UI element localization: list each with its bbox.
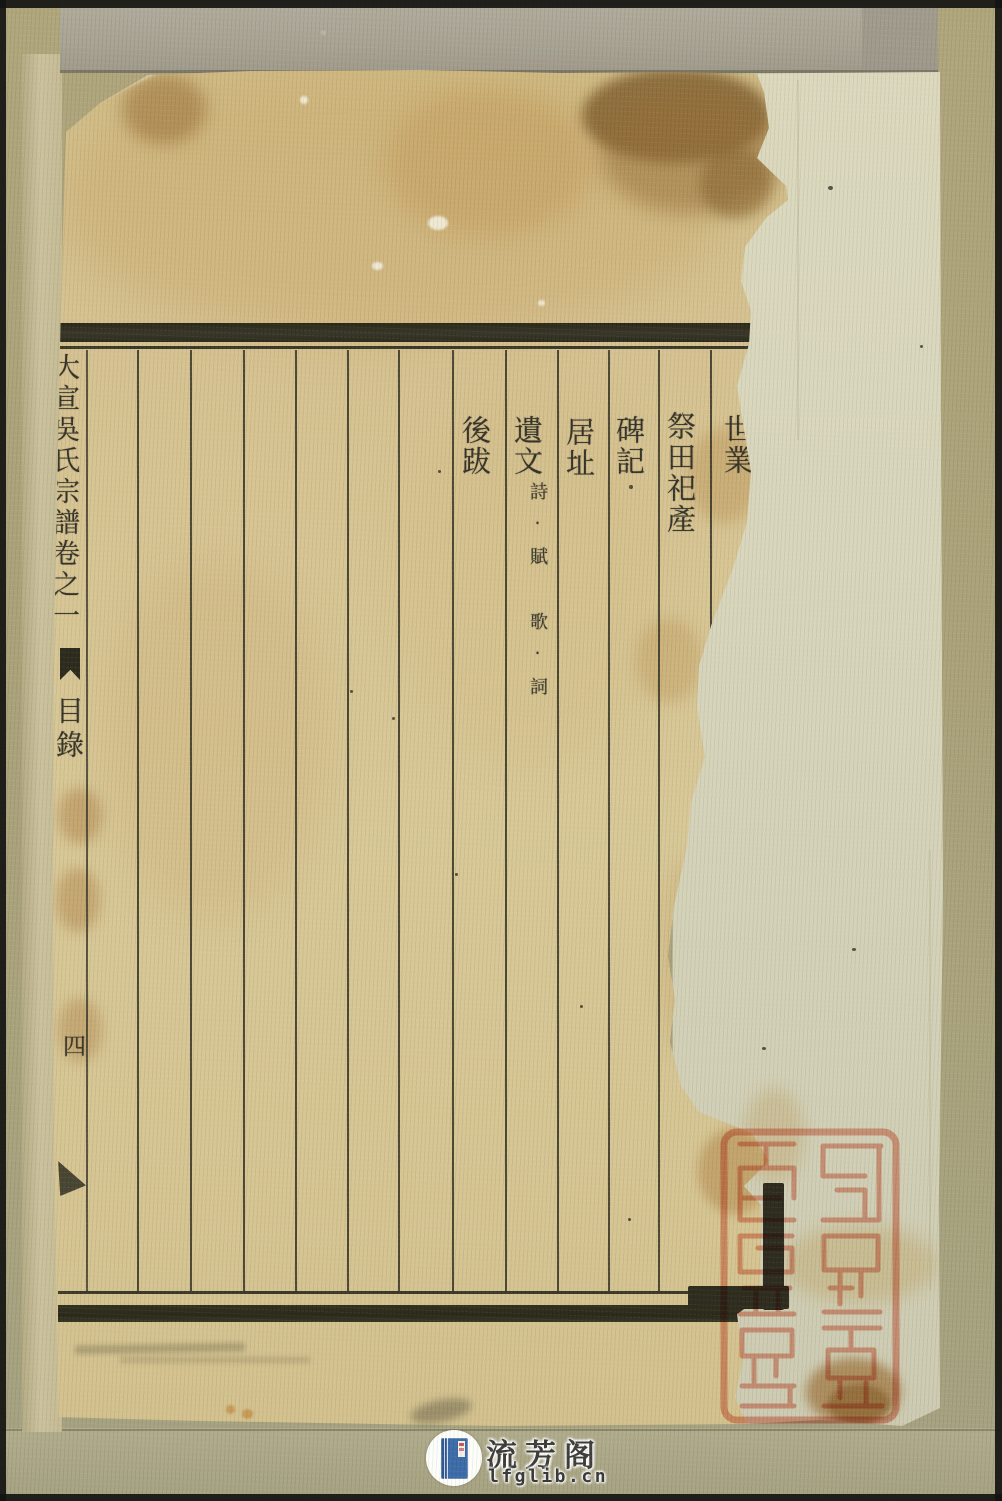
- toc-entry: 遺文: [512, 415, 541, 477]
- paper-fleck: [428, 216, 448, 230]
- column-rule: [557, 350, 559, 1292]
- photo-border-left: [0, 0, 6, 1501]
- column-rule: [452, 350, 454, 1292]
- column-rule: [608, 350, 610, 1292]
- stain: [636, 618, 702, 703]
- speck: [580, 1005, 583, 1008]
- frame-bottom-border: [58, 1305, 792, 1322]
- stain: [122, 74, 206, 144]
- fishtail-mark: [60, 648, 80, 680]
- speck: [762, 1047, 766, 1050]
- spine-column-rule: [86, 350, 88, 1292]
- column-rule: [190, 350, 192, 1292]
- paper-fleck: [538, 300, 545, 306]
- stain: [385, 88, 590, 238]
- photo-border-bottom: [0, 1494, 1002, 1501]
- ink-ghost: [120, 1357, 310, 1363]
- speck: [392, 717, 395, 720]
- column-rule: [505, 350, 507, 1292]
- toc-entry: 居址: [564, 417, 593, 479]
- speck: [920, 345, 923, 348]
- paper-crease: [797, 80, 799, 440]
- toc-entry: 後跋: [460, 415, 489, 477]
- paper-crease: [929, 850, 931, 1290]
- toc-entry-annotation: 詩·賦 歌·詞: [528, 482, 546, 708]
- speck: [828, 186, 833, 190]
- page-number: 四: [60, 1034, 83, 1057]
- speck: [438, 470, 441, 473]
- watermark-site-url: lfglib.cn: [488, 1466, 608, 1487]
- speck: [455, 873, 458, 876]
- toc-entry: 碑記: [614, 415, 643, 477]
- ink-ghost: [75, 1343, 245, 1355]
- column-rule: [243, 350, 245, 1292]
- stain-dot: [242, 1409, 253, 1419]
- frame-top-border: [58, 323, 765, 342]
- column-rule: [398, 350, 400, 1292]
- top-paper-strip: [60, 6, 938, 73]
- section-title: 目錄: [54, 696, 82, 764]
- top-paper-strip-tab: [862, 8, 938, 72]
- column-rule: [137, 350, 139, 1292]
- toc-entry: 祭田祀產: [665, 411, 694, 535]
- frame-bottom-rule: [58, 1291, 762, 1294]
- scanned-genealogy-page: 大宣吳氏宗譜卷之一 目錄 四 世業 祭田祀產 碑記 居址 遺文 詩·賦 歌·詞 …: [0, 0, 1002, 1501]
- stain: [58, 788, 102, 844]
- ink-dot: [629, 485, 633, 489]
- speck: [350, 690, 353, 693]
- paper-fleck: [300, 96, 308, 104]
- stain: [56, 868, 100, 932]
- watermark-badge: [426, 1430, 482, 1486]
- speck: [628, 1218, 631, 1221]
- paper-fleck: [372, 262, 383, 270]
- frame-top-rule: [58, 346, 767, 349]
- column-rule: [295, 350, 297, 1292]
- photo-border-right: [995, 0, 1002, 1501]
- column-rule: [710, 350, 712, 650]
- book-icon: [441, 1438, 468, 1479]
- column-rule: [347, 350, 349, 1292]
- stain-dot: [226, 1405, 235, 1414]
- photo-border-top: [0, 0, 1002, 8]
- column-rule: [658, 350, 660, 1292]
- collection-seal: [720, 1128, 900, 1424]
- ink-smudge: [58, 1158, 86, 1196]
- speck: [852, 948, 856, 951]
